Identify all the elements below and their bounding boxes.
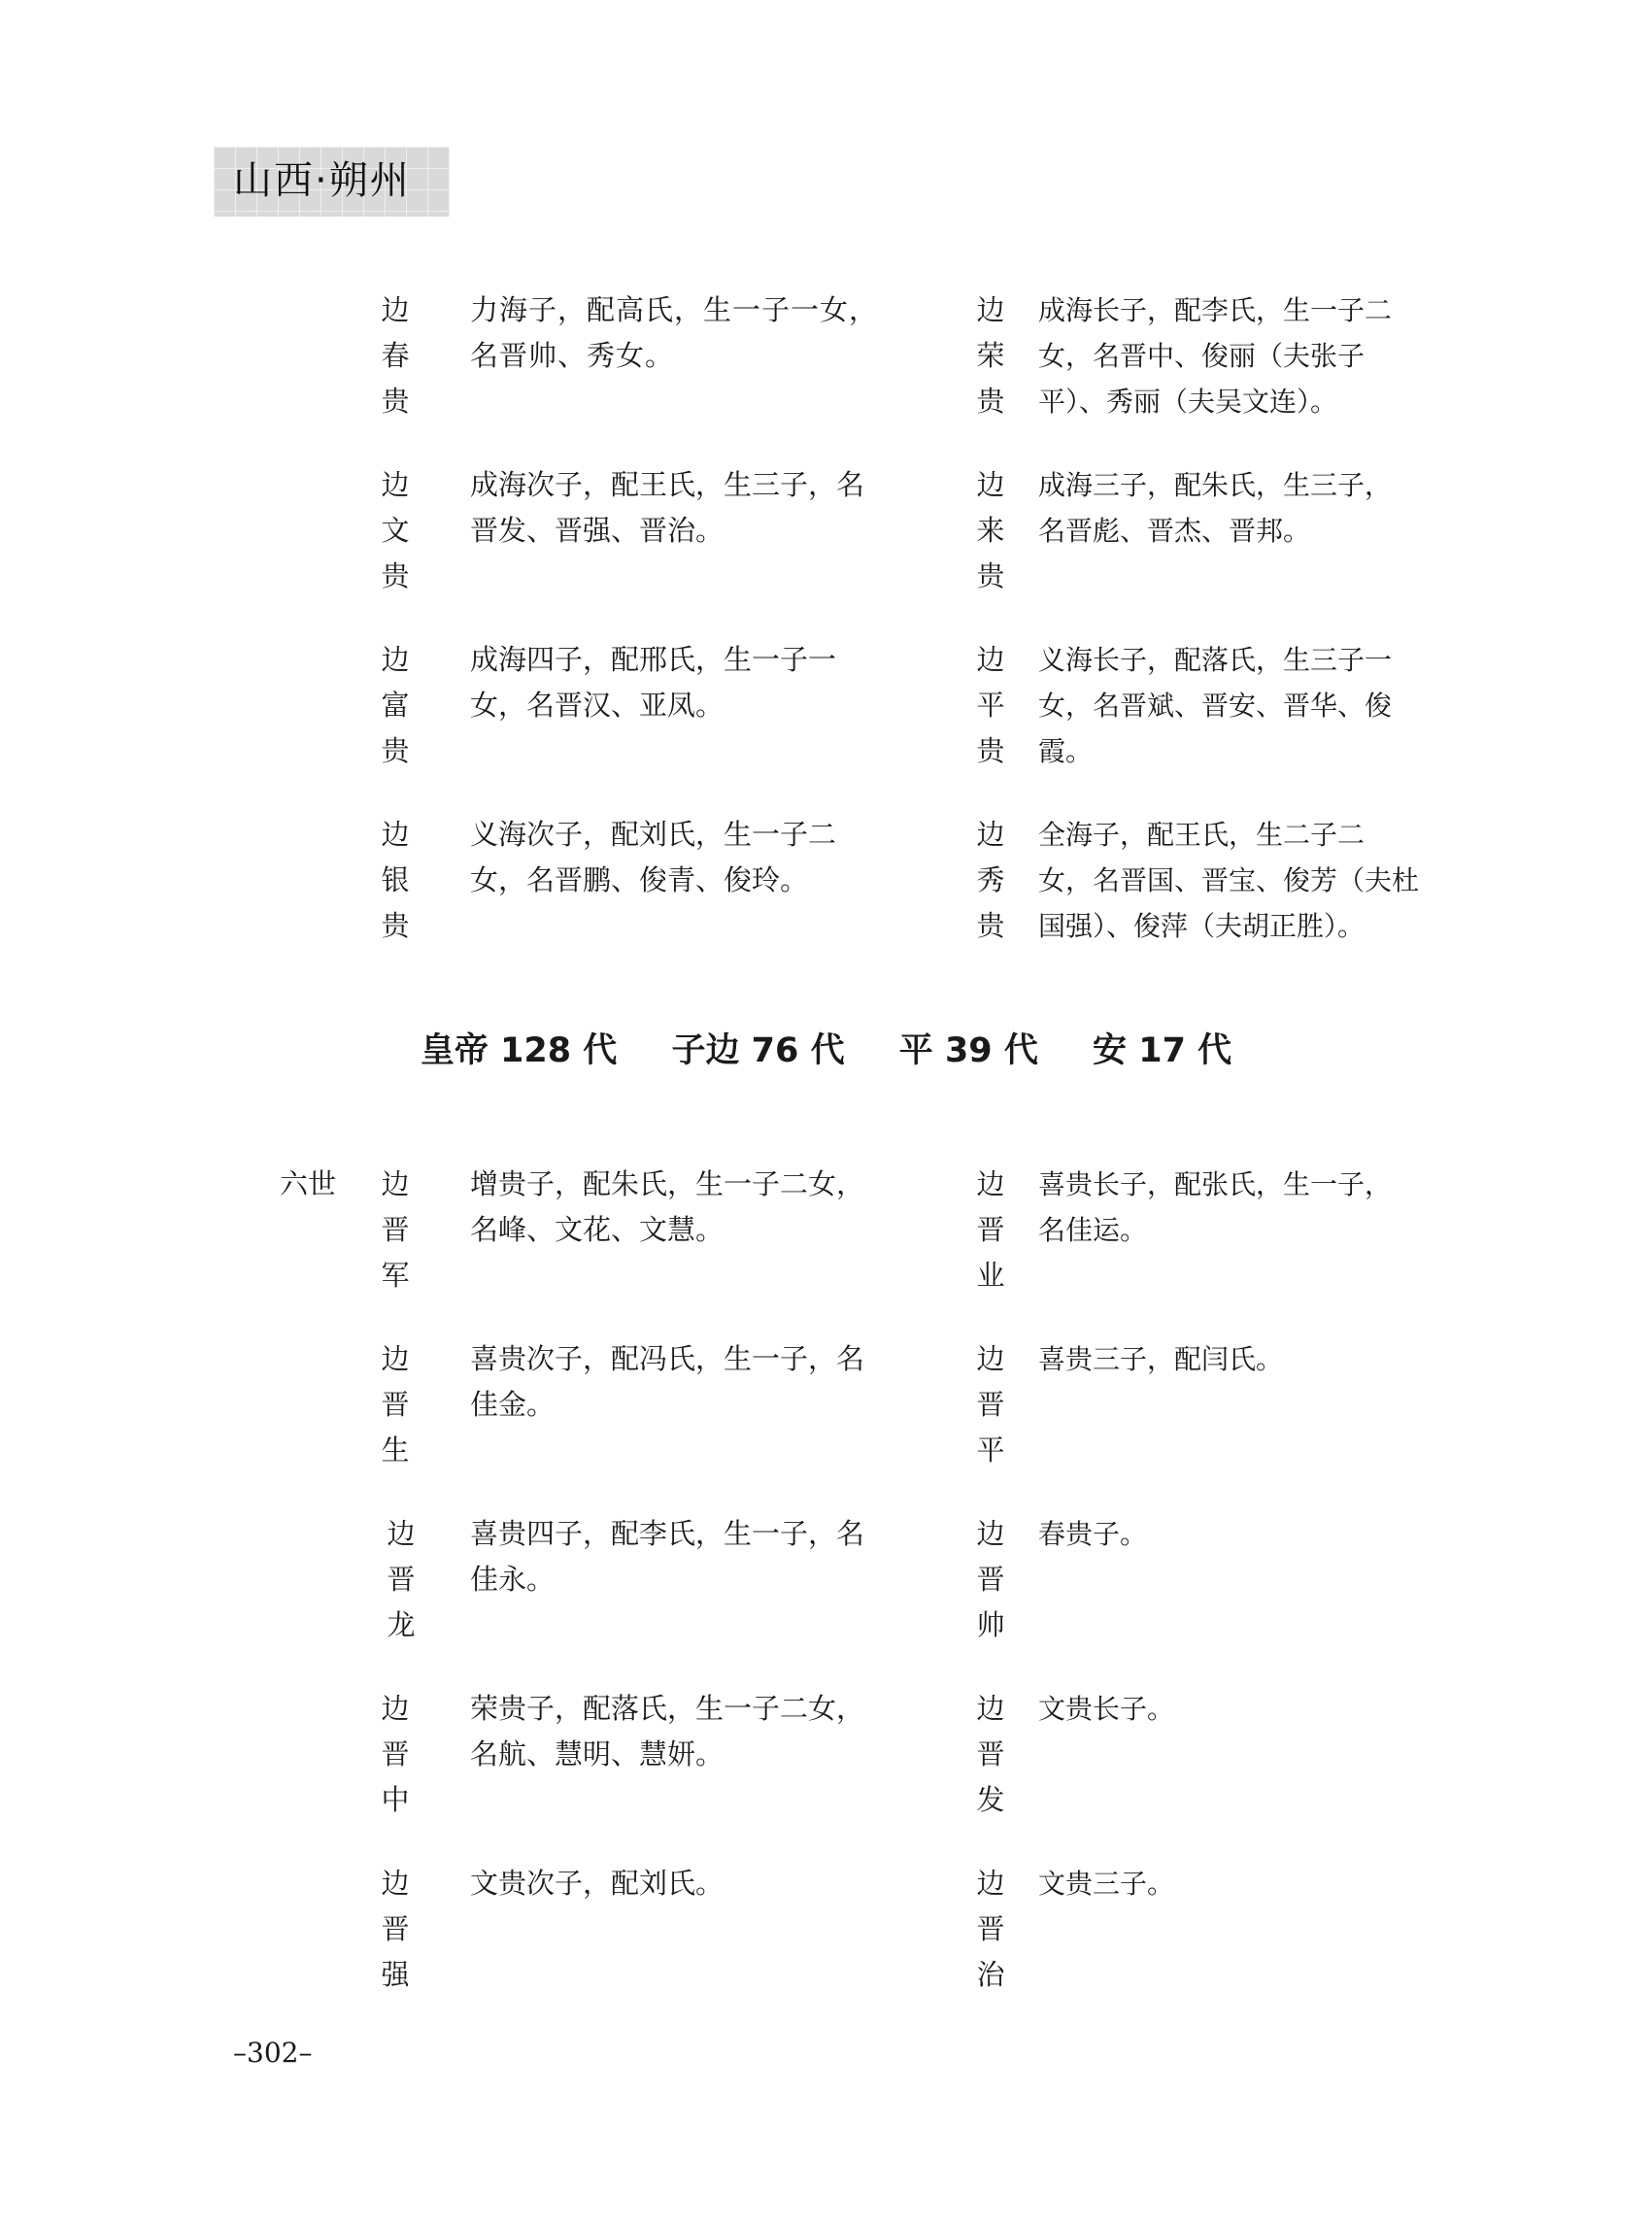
entry-description: 文贵次子，配刘氏。 [470,1861,724,1906]
generation-heading: 皇帝 128 代 子边 76 代 平 39 代 安 17 代 [0,1029,1652,1072]
entry-name: 边 富 贵 [379,637,412,774]
name-char: 晋 [974,1382,1007,1428]
entry-name: 边 文 贵 [379,462,412,599]
desc-line: 女，名晋鹏、俊青、俊玲。 [470,858,836,903]
name-char: 边 [379,462,412,508]
name-char: 贵 [974,903,1007,949]
entry-name: 边 晋 平 [974,1336,1007,1473]
desc-line: 女，名晋国、晋宝、俊芳（夫杜 [1038,858,1419,903]
name-char: 晋 [974,1732,1007,1777]
header-title: 山西·朔州 [233,158,411,203]
desc-line: 义海长子，配落氏，生三子一 [1038,637,1392,683]
name-char: 强 [379,1952,412,1998]
desc-line: 喜贵四子，配李氏，生一子，名 [470,1511,864,1557]
desc-line: 全海子，配王氏，生二子二 [1038,812,1419,858]
name-char: 晋 [379,1207,412,1253]
entry-description: 喜贵长子，配张氏，生一子， 名佳运。 [1038,1162,1392,1253]
name-char: 富 [379,683,412,728]
name-char: 贵 [974,554,1007,599]
name-char: 边 [974,637,1007,683]
name-char: 边 [379,1861,412,1906]
entry-description: 增贵子，配朱氏，生一子二女， 名峰、文花、文慧。 [470,1162,864,1253]
entry-description: 喜贵四子，配李氏，生一子，名 佳永。 [470,1511,864,1602]
name-char: 发 [974,1777,1007,1823]
entry-description: 文贵三子。 [1038,1861,1174,1906]
name-char: 边 [379,1686,412,1732]
name-char: 贵 [379,903,412,949]
name-char: 边 [974,287,1007,333]
entry-name: 边 晋 治 [974,1861,1007,1998]
name-char: 晋 [974,1207,1007,1253]
generation-label: 六世 [280,1162,336,1207]
desc-line: 霞。 [1038,728,1392,774]
name-char: 帅 [974,1602,1007,1648]
name-char: 边 [974,1686,1007,1732]
desc-line: 喜贵三子，配闫氏。 [1038,1336,1283,1382]
desc-line: 力海子，配高氏，生一子一女， [470,287,878,333]
desc-line: 成海四子，配邢氏，生一子一 [470,637,836,683]
name-char: 中 [379,1777,412,1823]
entry-name: 边 晋 业 [974,1162,1007,1298]
entry-name: 边 秀 贵 [974,812,1007,949]
heading-part-bian: 子边 76 代 [672,1031,845,1070]
desc-line: 成海三子，配朱氏，生三子， [1038,462,1392,508]
name-char: 生 [379,1428,412,1473]
name-char: 龙 [385,1602,418,1648]
desc-line: 晋发、晋强、晋治。 [470,508,864,554]
name-char: 边 [379,287,412,333]
desc-line: 平）、秀丽（夫吴文连）。 [1038,379,1392,424]
desc-line: 名佳运。 [1038,1207,1392,1253]
desc-line: 佳永。 [470,1557,864,1602]
name-char: 边 [974,1511,1007,1557]
entry-name: 边 来 贵 [974,462,1007,599]
entry-description: 力海子，配高氏，生一子一女， 名晋帅、秀女。 [470,287,878,379]
name-char: 边 [974,1861,1007,1906]
name-char: 平 [974,1428,1007,1473]
entry-description: 义海次子，配刘氏，生一子二 女，名晋鹏、俊青、俊玲。 [470,812,836,903]
name-char: 贵 [379,379,412,424]
heading-part-emperor: 皇帝 128 代 [421,1031,617,1070]
desc-line: 成海长子，配李氏，生一子二 [1038,287,1392,333]
desc-line: 增贵子，配朱氏，生一子二女， [470,1162,864,1207]
entry-name: 边 晋 生 [379,1336,412,1473]
page-number: –302– [233,2038,312,2069]
running-header: 山西·朔州 [214,147,450,217]
entry-name: 边 荣 贵 [974,287,1007,424]
entry-description: 成海三子，配朱氏，生三子， 名晋彪、晋杰、晋邦。 [1038,462,1392,554]
name-char: 荣 [974,333,1007,379]
name-char: 边 [379,1336,412,1382]
name-char: 晋 [974,1557,1007,1602]
desc-line: 佳金。 [470,1382,864,1428]
name-char: 边 [379,1162,412,1207]
entry-description: 成海长子，配李氏，生一子二 女，名晋中、俊丽（夫张子 平）、秀丽（夫吴文连）。 [1038,287,1392,424]
name-char: 文 [379,508,412,554]
heading-part-ping: 平 39 代 [899,1031,1038,1070]
entry-name: 边 春 贵 [379,287,412,424]
desc-line: 喜贵次子，配冯氏，生一子，名 [470,1336,864,1382]
desc-line: 女，名晋汉、亚凤。 [470,683,836,728]
entry-description: 喜贵次子，配冯氏，生一子，名 佳金。 [470,1336,864,1428]
name-char: 晋 [385,1557,418,1602]
entry-description: 成海四子，配邢氏，生一子一 女，名晋汉、亚凤。 [470,637,836,728]
name-char: 晋 [379,1732,412,1777]
entry-name: 边 晋 强 [379,1861,412,1998]
name-char: 边 [974,1336,1007,1382]
entry-description: 喜贵三子，配闫氏。 [1038,1336,1283,1382]
name-char: 贵 [379,554,412,599]
name-char: 边 [385,1511,418,1557]
desc-line: 女，名晋斌、晋安、晋华、俊 [1038,683,1392,728]
name-char: 贵 [974,728,1007,774]
entry-description: 文贵长子。 [1038,1686,1174,1732]
entry-name: 边 晋 军 [379,1162,412,1298]
name-char: 业 [974,1253,1007,1298]
name-char: 边 [379,812,412,858]
name-char: 军 [379,1253,412,1298]
desc-line: 荣贵子，配落氏，生一子二女， [470,1686,864,1732]
entry-name: 边 晋 帅 [974,1511,1007,1648]
name-char: 晋 [379,1906,412,1952]
desc-line: 名晋帅、秀女。 [470,333,878,379]
desc-line: 名峰、文花、文慧。 [470,1207,864,1253]
desc-line: 名晋彪、晋杰、晋邦。 [1038,508,1392,554]
name-char: 春 [379,333,412,379]
entry-description: 义海长子，配落氏，生三子一 女，名晋斌、晋安、晋华、俊 霞。 [1038,637,1392,774]
name-char: 治 [974,1952,1007,1998]
desc-line: 名航、慧明、慧妍。 [470,1732,864,1777]
desc-line: 文贵长子。 [1038,1686,1174,1732]
entry-name: 边 晋 中 [379,1686,412,1823]
desc-line: 春贵子。 [1038,1511,1147,1557]
name-char: 银 [379,858,412,903]
entry-description: 全海子，配王氏，生二子二 女，名晋国、晋宝、俊芳（夫杜 国强）、俊萍（夫胡正胜）… [1038,812,1419,949]
desc-line: 文贵三子。 [1038,1861,1174,1906]
desc-line: 国强）、俊萍（夫胡正胜）。 [1038,903,1419,949]
entry-description: 成海次子，配王氏，生三子，名 晋发、晋强、晋治。 [470,462,864,554]
heading-part-an: 安 17 代 [1093,1031,1231,1070]
name-char: 贵 [974,379,1007,424]
desc-line: 义海次子，配刘氏，生一子二 [470,812,836,858]
name-char: 边 [974,462,1007,508]
entry-name: 边 晋 发 [974,1686,1007,1823]
name-char: 秀 [974,858,1007,903]
entry-name: 边 平 贵 [974,637,1007,774]
entry-name: 边 晋 龙 [385,1511,418,1648]
entry-description: 荣贵子，配落氏，生一子二女， 名航、慧明、慧妍。 [470,1686,864,1777]
name-char: 平 [974,683,1007,728]
name-char: 晋 [974,1906,1007,1952]
name-char: 来 [974,508,1007,554]
entry-name: 边 银 贵 [379,812,412,949]
name-char: 边 [974,1162,1007,1207]
desc-line: 成海次子，配王氏，生三子，名 [470,462,864,508]
name-char: 边 [974,812,1007,858]
desc-line: 文贵次子，配刘氏。 [470,1861,724,1906]
name-char: 边 [379,637,412,683]
entry-description: 春贵子。 [1038,1511,1147,1557]
desc-line: 喜贵长子，配张氏，生一子， [1038,1162,1392,1207]
name-char: 贵 [379,728,412,774]
name-char: 晋 [379,1382,412,1428]
desc-line: 女，名晋中、俊丽（夫张子 [1038,333,1392,379]
